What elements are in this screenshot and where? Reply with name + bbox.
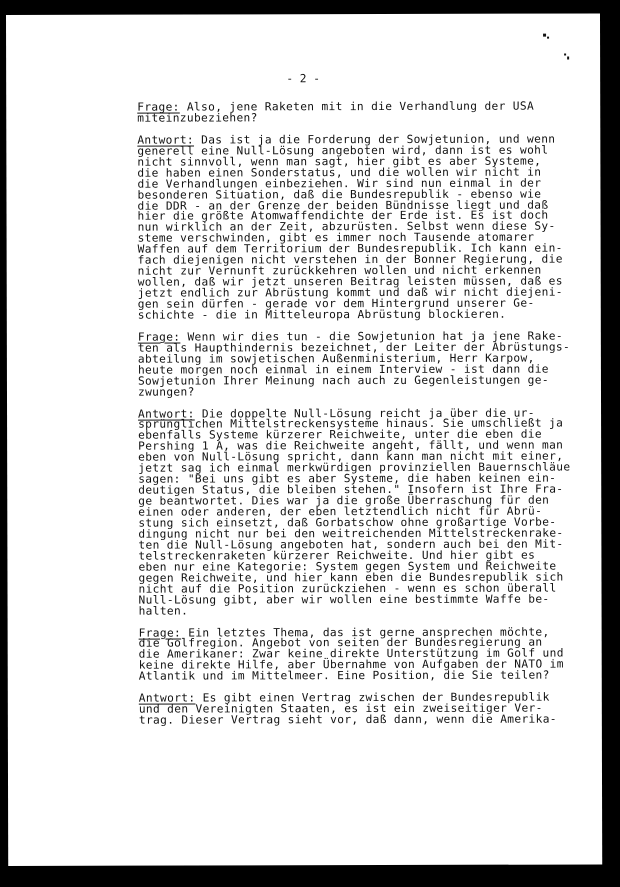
text-line: Atlantik und im Mittelmeer. Eine Positio…: [139, 669, 550, 683]
question-paragraph: Frage: Also, jene Raketen mit in die Ver…: [137, 102, 577, 125]
text-line: Sowjetunion Ihrer Meinung nach auch zu G…: [138, 373, 549, 387]
scan-speck: [567, 57, 569, 60]
answer-paragraph: Antwort: Das ist ja die Forderung der So…: [137, 134, 577, 321]
scan-speck: [543, 34, 546, 37]
text-line: Null-Lösung gibt, aber wir wollen eine b…: [139, 592, 550, 606]
scan-speck: [547, 37, 549, 39]
text-line: schichte - die in Mitteleuropa Abrüstung…: [138, 308, 506, 322]
answer-paragraph: Antwort: Die doppelte Null-Lösung reicht…: [138, 408, 579, 617]
page-number: - 2 -: [6, 71, 600, 86]
text-line: halten.: [139, 604, 189, 617]
question-paragraph: Frage: Wenn wir dies tun - die Sowjetuni…: [138, 331, 578, 398]
text-line: miteinzubeziehen?: [137, 111, 257, 124]
answer-paragraph: Antwort: Es gibt einen Vertrag zwischen …: [139, 693, 579, 727]
text-line: trag. Dieser Vertrag sieht vor, daß dann…: [139, 713, 557, 727]
document-page: - 2 - Frage: Also, jene Raketen mit in d…: [6, 13, 602, 866]
interview-transcript: Frage: Also, jene Raketen mit in die Ver…: [137, 102, 579, 738]
question-paragraph: Frage: Ein letztes Thema, das ist gerne …: [139, 627, 579, 683]
scan-speck: [564, 54, 566, 56]
text-line: zwungen?: [138, 385, 195, 398]
